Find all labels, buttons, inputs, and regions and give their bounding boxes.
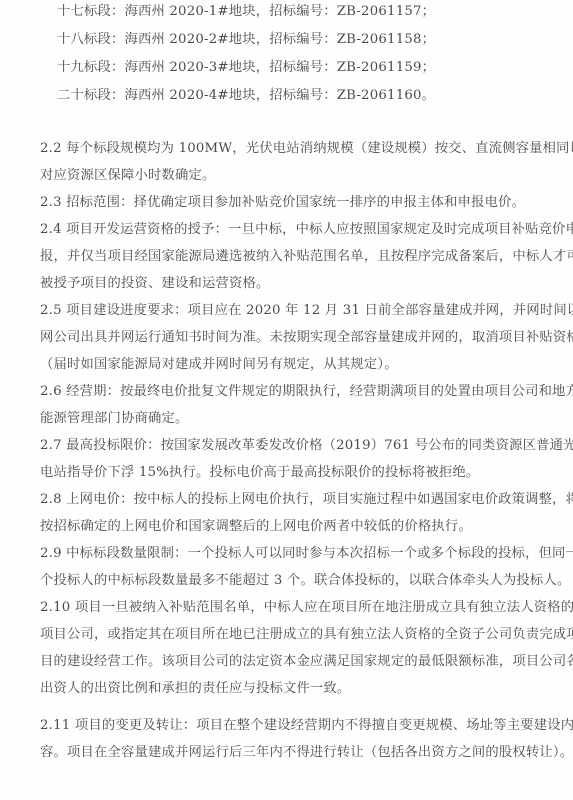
lot-item: 十七标段：海西州 2020-1#地块，招标编号：ZB-2061157；: [57, 4, 435, 20]
section-2-5-line: （届时如国家能源局对建成并网时间另有规定，从其规定）。: [40, 357, 398, 373]
section-2-7-line: 电站指导价下浮 15%执行。投标电价高于最高投标限价的投标将被拒绝。: [40, 465, 480, 481]
section-2-7-line: 2.7 最高投标限价：按国家发展改革委发改价格（2019）761 号公布的同类资…: [40, 438, 573, 454]
section-2-6-line: 能源管理部门协商确定。: [40, 411, 188, 427]
section-2-4-line: 被授予项目的投资、建设和运营资格。: [40, 276, 269, 292]
document-page: 十七标段：海西州 2020-1#地块，招标编号：ZB-2061157； 十八标段…: [0, 0, 573, 800]
section-2-9-line: 个投标人的中标标段数量最多不能超过 3 个。联合体投标的，以联合体牵头人为投标人…: [40, 573, 570, 589]
section-2-2-line: 对应资源区保障小时数确定。: [40, 168, 215, 184]
section-2-5-line: 2.5 项目建设进度要求：项目应在 2020 年 12 月 31 日前全部容量建…: [40, 303, 573, 319]
section-2-3-line: 2.3 招标范围：择优确定项目参加补贴竞价国家统一排序的申报主体和申报电价。: [40, 195, 525, 211]
section-2-2-line: 2.2 每个标段规模均为 100MW，光伏电站消纳规模（建设规模）按交、直流侧容…: [40, 141, 573, 157]
section-2-11-line: 2.11 项目的变更及转让：项目在整个建设经营期内不得擅自变更规模、场址等主要建…: [40, 718, 573, 734]
lot-item: 十八标段：海西州 2020-2#地块，招标编号：ZB-2061158；: [57, 32, 435, 48]
section-2-10-line: 出资人的出资比例和承担的责任应与投标文件一致。: [40, 681, 350, 697]
section-2-5-line: 网公司出具并网运行通知书时间为准。未按期实现全部容量建成并网的，取消项目补贴资格: [40, 330, 573, 346]
section-2-11-line: 容。项目在全容量建成并网运行后三年内不得进行转让（包括各出资方之间的股权转让）。: [40, 745, 573, 761]
lot-item: 二十标段：海西州 2020-4#地块，招标编号：ZB-2061160。: [57, 88, 435, 104]
section-2-9-line: 2.9 中标标段数量限制：一个投标人可以同时参与本次招标一个或多个标段的投标，但…: [40, 546, 573, 562]
section-2-8-line: 2.8 上网电价：按中标人的投标上网电价执行，项目实施过程中如遇国家电价政策调整…: [40, 492, 573, 508]
section-2-4-line: 2.4 项目开发运营资格的授予：一旦中标，中标人应按照国家规定及时完成项目补贴竞…: [40, 222, 573, 238]
section-2-6-line: 2.6 经营期：按最终电价批复文件规定的期限执行，经营期满项目的处置由项目公司和…: [40, 384, 573, 400]
section-2-10-line: 目的建设经营工作。该项目公司的法定资本金应满足国家规定的最低限额标准，项目公司各: [40, 654, 573, 670]
section-2-4-line: 报，并仅当项目经国家能源局遴选被纳入补贴范围名单，且按程序完成备案后，中标人才可: [40, 249, 573, 265]
section-2-8-line: 按招标确定的上网电价和国家调整后的上网电价两者中较低的价格执行。: [40, 519, 472, 535]
lot-item: 十九标段：海西州 2020-3#地块，招标编号：ZB-2061159；: [57, 60, 435, 76]
section-2-10-line: 2.10 项目一旦被纳入补贴范围名单，中标人应在项目所在地注册成立具有独立法人资…: [40, 600, 573, 616]
section-2-10-line: 项目公司，或指定其在项目所在地已注册成立的具有独立法人资格的全资子公司负责完成项: [40, 627, 573, 643]
